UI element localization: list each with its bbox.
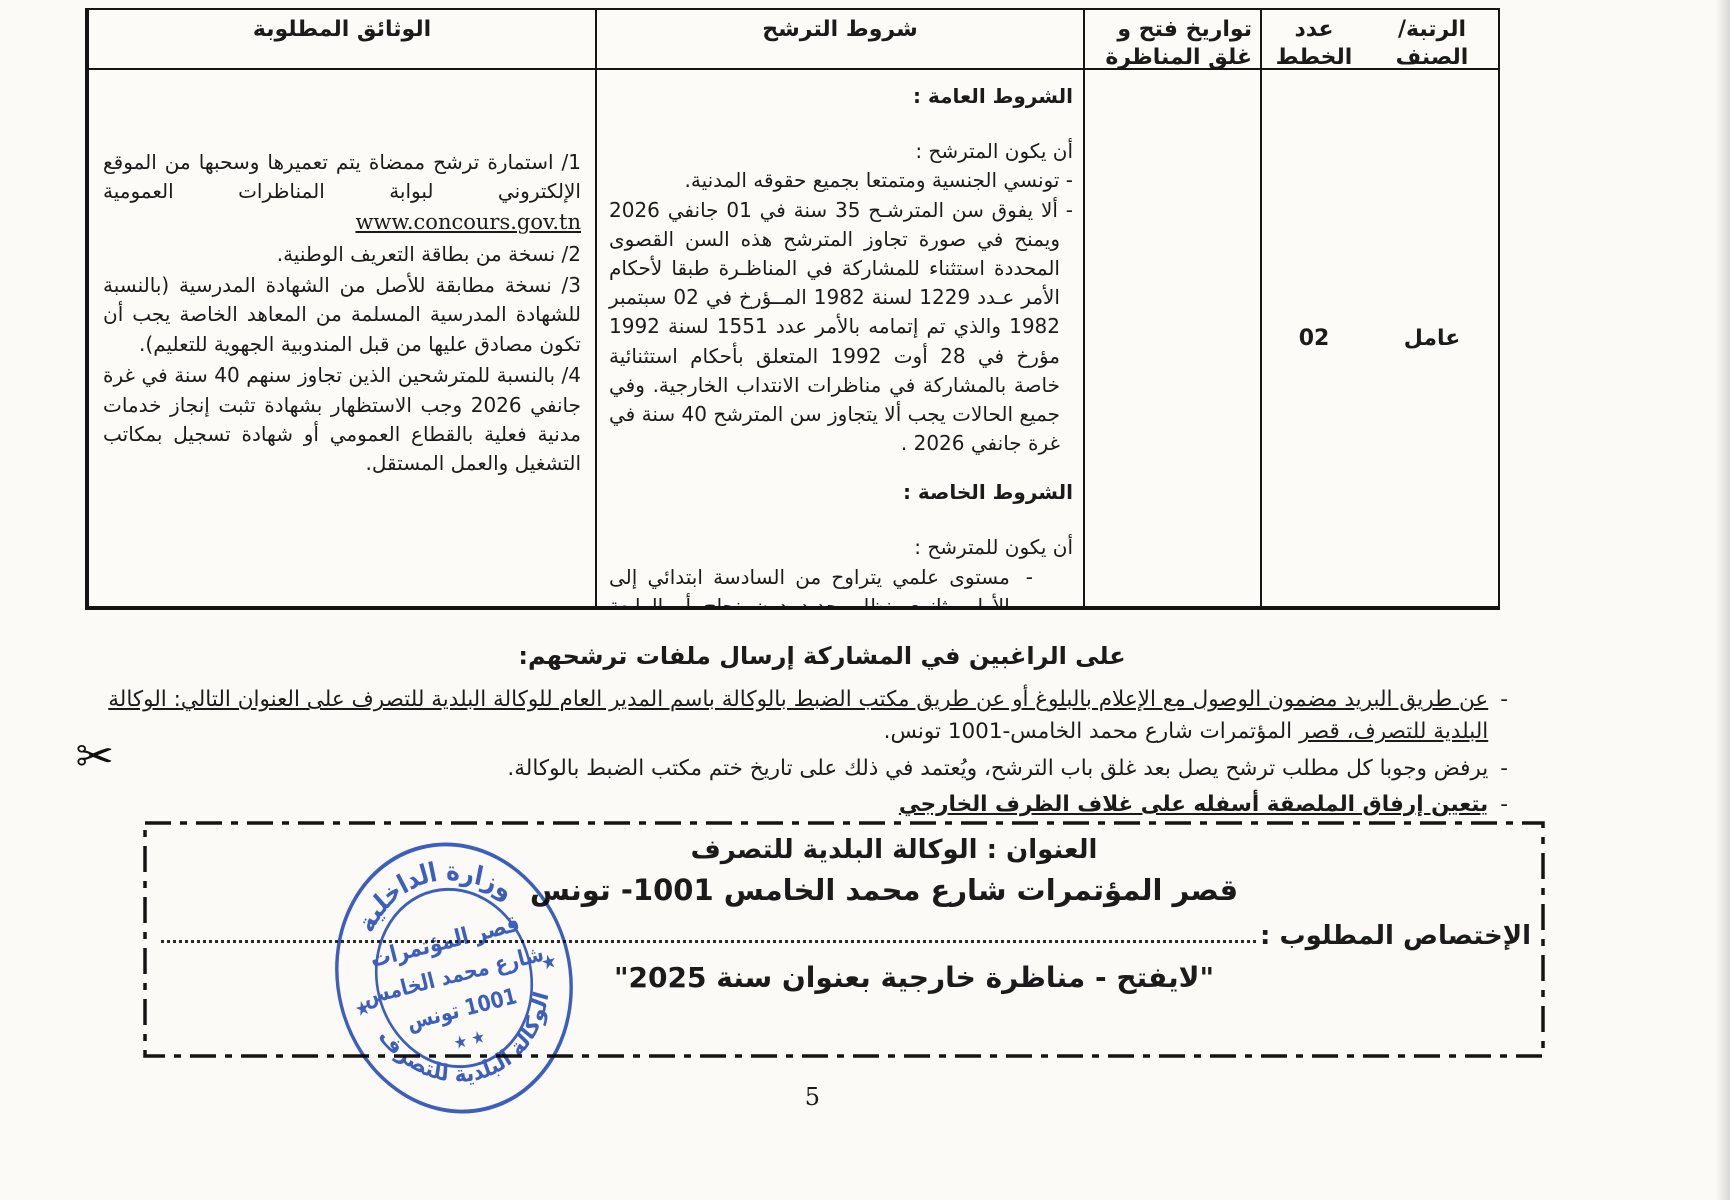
document-item: 3/ نسخة مطابقة للأصل من الشهادة المدرسية… xyxy=(103,271,581,359)
document-item: 2/ نسخة من بطاقة التعريف الوطنية. xyxy=(103,240,581,269)
general-conditions-title: الشروط العامة : xyxy=(609,82,1073,111)
header-count: عدد الخطط xyxy=(1260,10,1366,70)
cell-count: 02 xyxy=(1260,70,1366,606)
special-condition-text: مستوى علمي يتراوح من السادسة ابتدائي إلى… xyxy=(609,563,1010,606)
header-rank: الرتبة/الصنف xyxy=(1366,10,1498,70)
scissors-icon: ✂ xyxy=(75,733,114,779)
vacancy-table: الرتبة/الصنف عدد الخطط تواريخ فتح و غلق … xyxy=(85,8,1500,610)
dash-bullet-icon: - xyxy=(1500,684,1508,749)
submission-instructions: على الراغبين في المشاركة إرسال ملفات ترش… xyxy=(56,642,1508,825)
special-condition-item: - مستوى علمي يتراوح من السادسة ابتدائي إ… xyxy=(609,563,1073,606)
instruction-item: - يتعين إرفاق الملصقة أسفله على غلاف الظ… xyxy=(56,789,1508,821)
header-conditions: شروط الترشح xyxy=(595,10,1083,70)
dash-bullet-icon: - xyxy=(1500,753,1508,785)
cell-conditions: الشروط العامة : أن يكون المترشح : - تونس… xyxy=(595,70,1083,606)
cell-documents: 1/ استمارة ترشح ممضاة يتم تعميرها وسحبها… xyxy=(87,70,595,606)
dash-bullet-icon: - xyxy=(1500,789,1508,821)
instruction-item: - عن طريق البريد مضمون الوصول مع الإعلام… xyxy=(56,684,1508,749)
page-number: 5 xyxy=(805,1083,820,1111)
scanned-document-page: الرتبة/الصنف عدد الخطط تواريخ فتح و غلق … xyxy=(0,0,1730,1200)
general-condition-item: - ألا يفوق سن المترشـح 35 سنة في 01 جانف… xyxy=(609,196,1073,459)
concours-portal-link: www.concours.gov.tn xyxy=(355,210,581,234)
instruction-text: يتعين إرفاق الملصقة أسفله على غلاف الظرف… xyxy=(899,789,1488,821)
special-conditions-title: الشروط الخاصة : xyxy=(609,478,1073,507)
document-item: 4/ بالنسبة للمترشحين الذين تجاوز سنهم 40… xyxy=(103,361,581,479)
scan-edge-shadow xyxy=(1716,0,1730,1200)
instruction-text-rest: المؤتمرات شارع محمد الخامس-1001 تونس. xyxy=(884,719,1299,744)
instruction-item: - يرفض وجوبا كل مطلب ترشح يصل بعد غلق با… xyxy=(56,753,1508,785)
cell-rank: عامل xyxy=(1366,70,1498,606)
cell-dates xyxy=(1083,70,1260,606)
stamp-star-pair-icon: ★ ★ xyxy=(452,1026,488,1053)
special-conditions-intro: أن يكون للمترشح : xyxy=(609,533,1073,562)
header-documents: الوثائق المطلوبة xyxy=(87,10,595,70)
specialty-label: الإختصاص المطلوب : xyxy=(1260,921,1531,951)
instructions-title: على الراغبين في المشاركة إرسال ملفات ترش… xyxy=(96,642,1548,670)
header-dates: تواريخ فتح و غلق المناظرة xyxy=(1083,10,1260,70)
document-item: 1/ استمارة ترشح ممضاة يتم تعميرها وسحبها… xyxy=(103,148,581,238)
general-conditions-intro: أن يكون المترشح : xyxy=(609,137,1073,166)
instruction-text: عن طريق البريد مضمون الوصول مع الإعلام ب… xyxy=(56,684,1488,749)
document-item-text: 1/ استمارة ترشح ممضاة يتم تعميرها وسحبها… xyxy=(103,150,581,203)
general-condition-item: - تونسي الجنسية ومتمتعا بجميع حقوقه المد… xyxy=(609,166,1073,195)
dash-bullet-icon: - xyxy=(1026,563,1033,606)
instruction-text: يرفض وجوبا كل مطلب ترشح يصل بعد غلق باب … xyxy=(507,753,1488,785)
